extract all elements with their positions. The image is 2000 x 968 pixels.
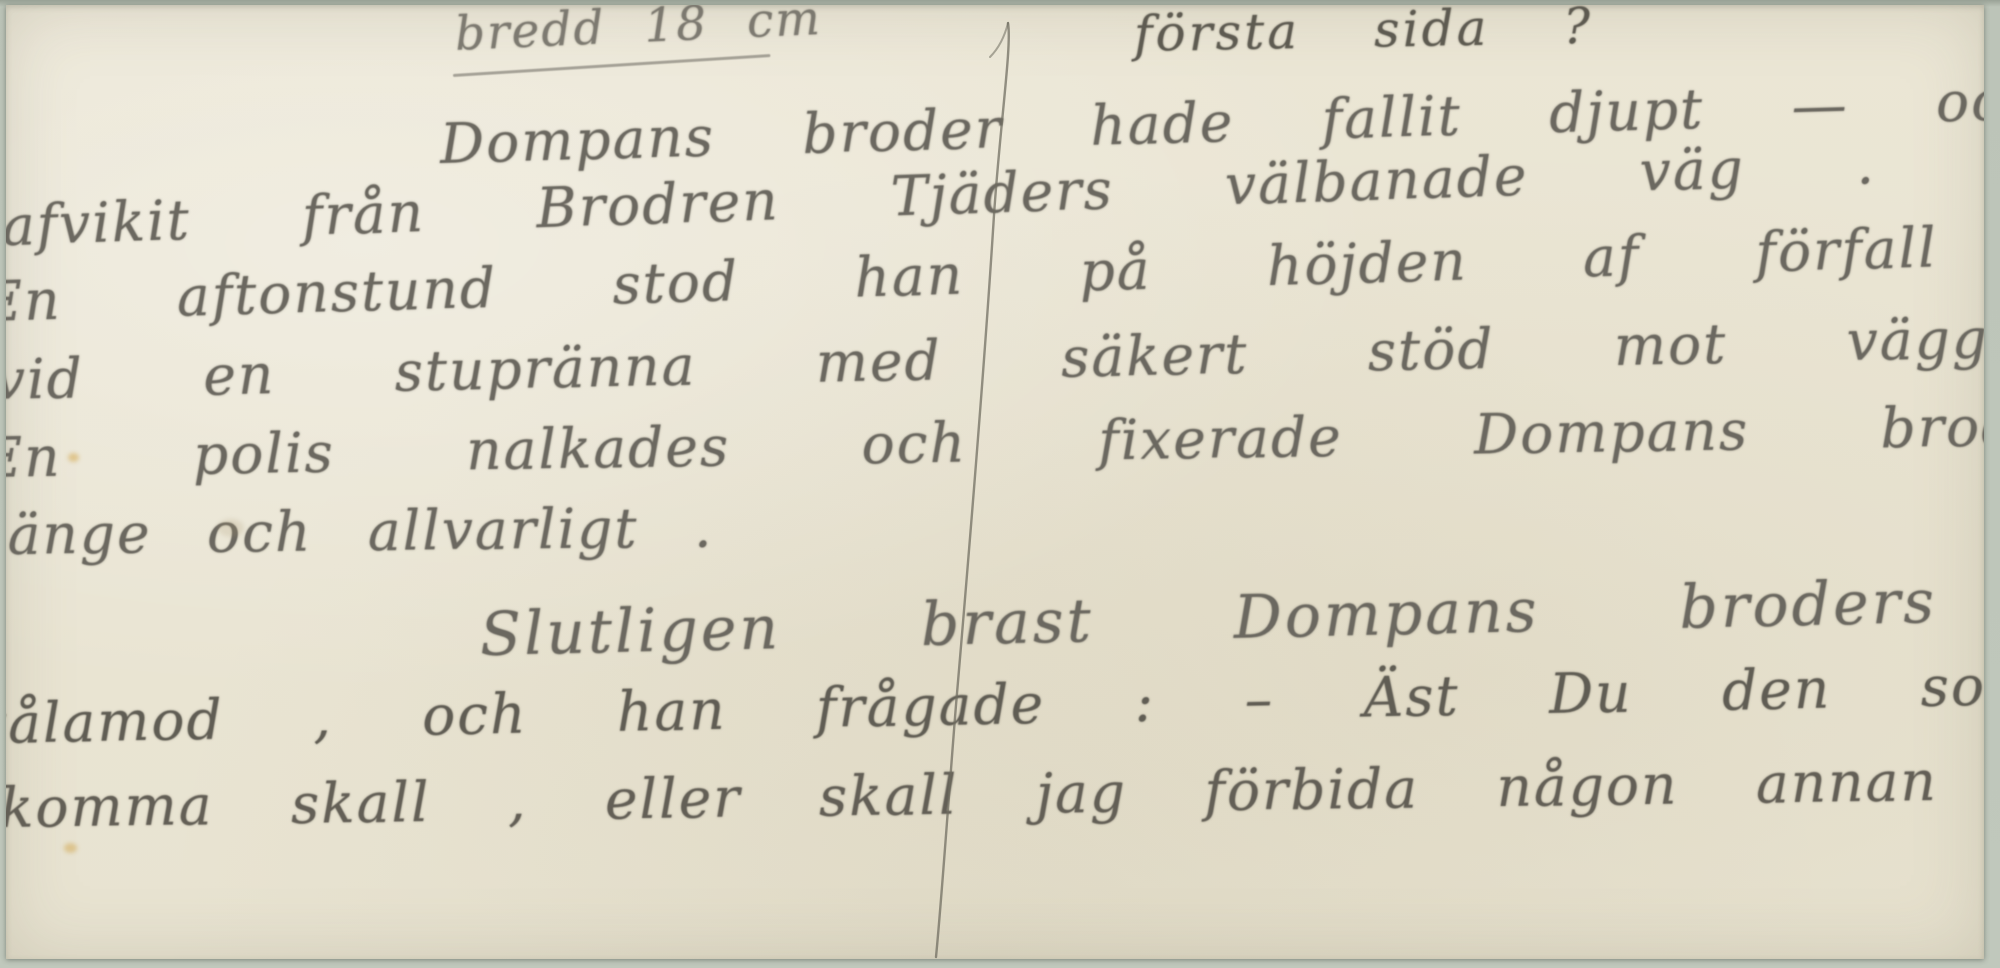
paper-stain (68, 453, 79, 462)
scanned-page-background: bredd 18 cm första sida ? Dompans broder… (0, 0, 2000, 968)
manuscript-paper: bredd 18 cm första sida ? Dompans broder… (6, 5, 1984, 959)
manuscript-line: komma skall , eller skall jag förbida nå… (6, 752, 1984, 836)
paper-stain (64, 843, 77, 853)
manuscript-line: Slutligen brast Dompans broders (479, 572, 1937, 665)
margin-note-first-page: första sida ? (1134, 5, 1594, 59)
manuscript-line: En polis nalkades och fixerade Dompans b… (6, 398, 1984, 486)
manuscript-line: tålamod , och han frågade : – Äst Du den… (6, 658, 1984, 752)
manuscript-line: länge och allvarligt . (6, 500, 714, 563)
paper-stain (218, 519, 244, 537)
margin-note-width: bredd 18 cm (454, 5, 823, 58)
